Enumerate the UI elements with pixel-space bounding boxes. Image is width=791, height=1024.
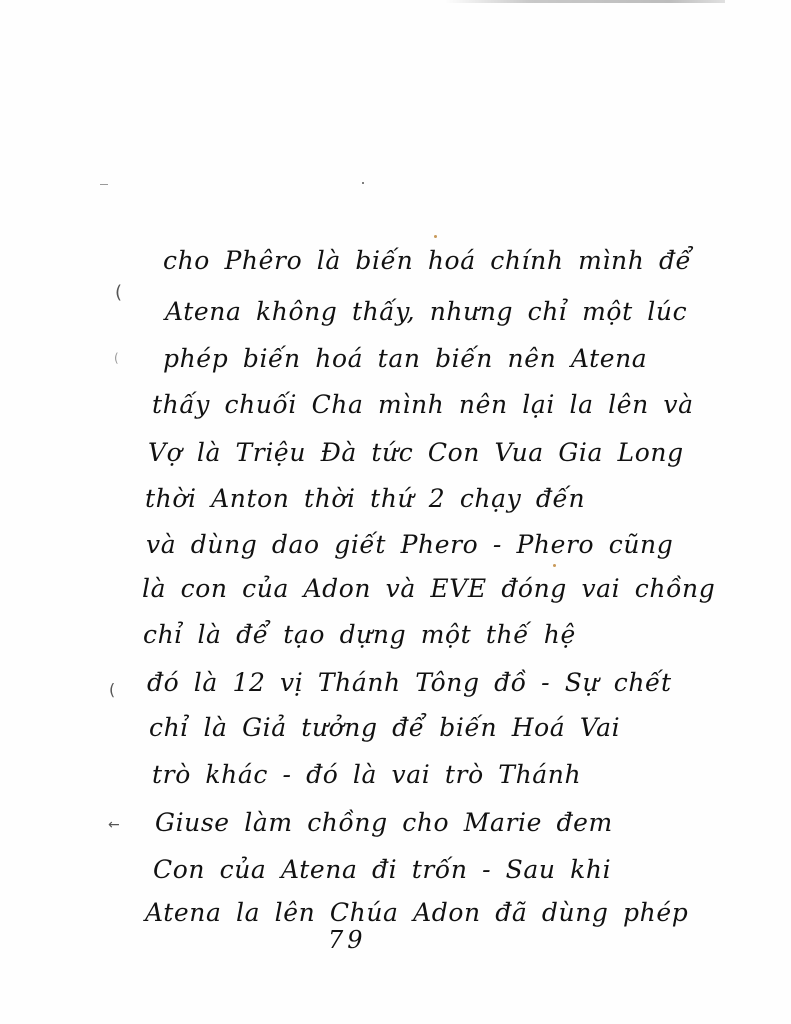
paper-speck [434, 235, 437, 238]
margin-paren-mark: ( [115, 284, 122, 302]
handwritten-line-14: Con của Atena đi trốn - Sau khi [153, 855, 611, 884]
handwritten-line-15: Atena la lên Chúa Adon đã dùng phép [145, 898, 688, 927]
handwritten-line-13: Giuse làm chồng cho Marie đem [155, 808, 613, 837]
handwritten-line-10: đó là 12 vị Thánh Tông đồ - Sự chết [147, 668, 672, 697]
margin-paren-mark: ( [109, 682, 115, 698]
handwritten-line-2: Atena không thấy, nhưng chỉ một lúc [165, 297, 687, 326]
margin-dash-top [100, 184, 108, 185]
margin-arrow-mark: ← [108, 818, 120, 832]
handwritten-line-3: phép biến hoá tan biến nên Atena [163, 344, 647, 373]
handwritten-line-12: trò khác - đó là vai trò Thánh [152, 760, 581, 789]
scan-top-edge-shadow [445, 0, 725, 3]
paper-speck [553, 564, 556, 567]
handwritten-line-5: Vợ là Triệu Đà tức Con Vua Gia Long [148, 438, 684, 467]
handwritten-line-1: cho Phêro là biến hoá chính mình để [163, 246, 692, 275]
handwritten-line-6: thời Anton thời thứ 2 chạy đến [145, 484, 585, 513]
handwritten-line-8: là con của Adon và EVE đóng vai chồng [142, 574, 715, 603]
handwritten-line-4: thấy chuối Cha mình nên lại la lên và [152, 390, 694, 419]
manuscript-page: ( ( ( ← cho Phêro là biến hoá chính mình… [0, 0, 791, 1024]
handwritten-line-9: chỉ là để tạo dựng một thế hệ [143, 620, 576, 649]
ink-speck [362, 182, 364, 184]
page-number: 79 [328, 926, 367, 954]
handwritten-line-11: chỉ là Giả tưởng để biến Hoá Vai [149, 713, 620, 742]
handwritten-line-7: và dùng dao giết Phero - Phero cũng [146, 530, 673, 559]
margin-paren-mark: ( [114, 352, 119, 364]
